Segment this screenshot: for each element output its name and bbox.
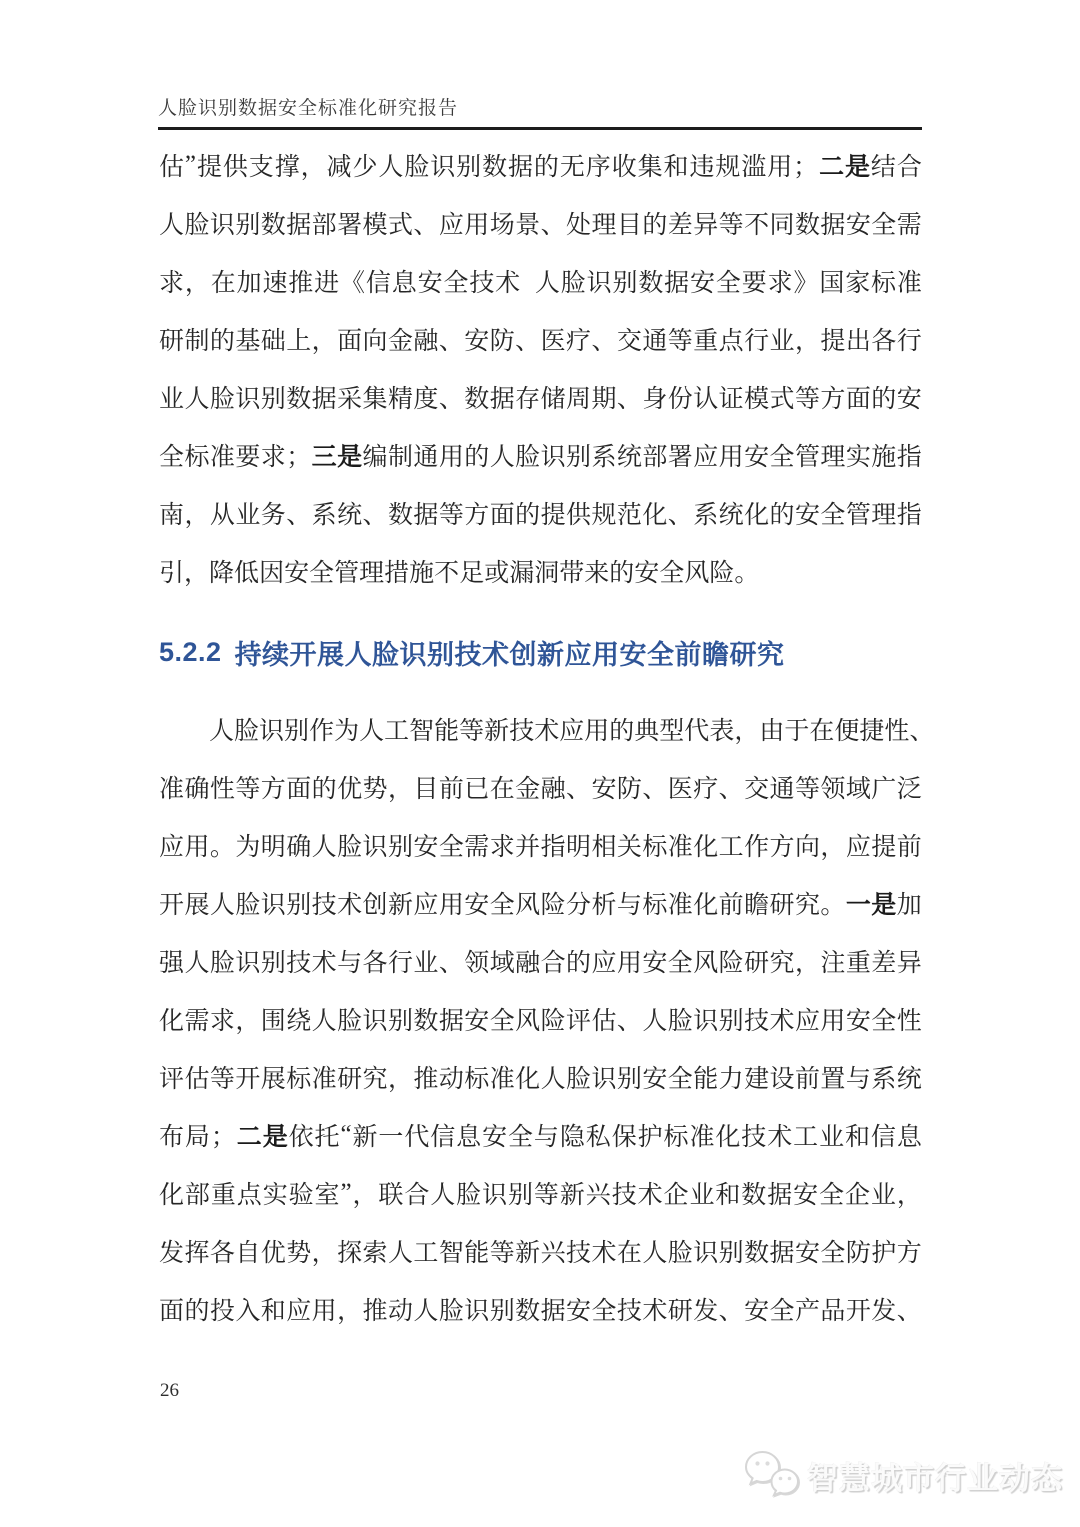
page-number: 26 bbox=[160, 1380, 179, 1402]
watermark: 智慧城市行业动态 bbox=[743, 1450, 1063, 1500]
text-line: 求，在加速推进《信息安全技术人脸识别数据安全要求》国家标准 bbox=[159, 252, 922, 310]
document-page: 人脸识别数据安全标准化研究报告 估”提供支撑，减少人脸识别数据的无序收集和违规滥… bbox=[0, 0, 1080, 1527]
text-line: 人脸识别数据部署模式、应用场景、处理目的差异等不同数据安全需 bbox=[159, 194, 922, 252]
text-line: 研制的基础上，面向金融、安防、医疗、交通等重点行业，提出各行 bbox=[159, 310, 922, 368]
section-title: 持续开展人脸识别技术创新应用安全前瞻研究 bbox=[235, 633, 785, 672]
page-header: 人脸识别数据安全标准化研究报告 bbox=[158, 96, 922, 138]
text-line: 布局；二是依托“新一代信息安全与隐私保护标准化技术工业和信息 bbox=[159, 1106, 922, 1164]
wechat-icon bbox=[743, 1450, 801, 1500]
text-line: 引，降低因安全管理措施不足或漏洞带来的安全风险。 bbox=[159, 542, 922, 600]
text-line: 人脸识别作为人工智能等新技术应用的典型代表，由于在便捷性、 bbox=[159, 700, 922, 758]
text-line: 化部重点实验室”，联合人脸识别等新兴技术企业和数据安全企业， bbox=[159, 1164, 922, 1222]
section-number: 5.2.2 bbox=[159, 637, 222, 668]
text-line: 面的投入和应用，推动人脸识别数据安全技术研发、安全产品开发、 bbox=[159, 1280, 922, 1338]
text-line: 估”提供支撑，减少人脸识别数据的无序收集和违规滥用；二是结合 bbox=[159, 136, 922, 194]
text-line: 发挥各自优势，探索人工智能等新兴技术在人脸识别数据安全防护方 bbox=[159, 1222, 922, 1280]
text-line: 强人脸识别技术与各行业、领域融合的应用安全风险研究，注重差异 bbox=[159, 932, 922, 990]
text-line: 全标准要求；三是编制通用的人脸识别系统部署应用安全管理实施指 bbox=[159, 426, 922, 484]
watermark-label: 智慧城市行业动态 bbox=[807, 1453, 1063, 1498]
paragraph-1: 估”提供支撑，减少人脸识别数据的无序收集和违规滥用；二是结合人脸识别数据部署模式… bbox=[159, 136, 922, 600]
header-rule bbox=[158, 127, 922, 130]
text-line: 应用。为明确人脸识别安全需求并指明相关标准化工作方向，应提前 bbox=[159, 816, 922, 874]
running-head-title: 人脸识别数据安全标准化研究报告 bbox=[158, 96, 922, 122]
text-line: 南，从业务、系统、数据等方面的提供规范化、系统化的安全管理指 bbox=[159, 484, 922, 542]
paragraph-2: 人脸识别作为人工智能等新技术应用的典型代表，由于在便捷性、准确性等方面的优势，目… bbox=[159, 700, 922, 1338]
text-line: 评估等开展标准研究，推动标准化人脸识别安全能力建设前置与系统 bbox=[159, 1048, 922, 1106]
text-line: 业人脸识别数据采集精度、数据存储周期、身份认证模式等方面的安 bbox=[159, 368, 922, 426]
text-line: 准确性等方面的优势，目前已在金融、安防、医疗、交通等领域广泛 bbox=[159, 758, 922, 816]
section-heading-5-2-2: 5.2.2 持续开展人脸识别技术创新应用安全前瞻研究 bbox=[159, 623, 922, 681]
text-line: 开展人脸识别技术创新应用安全风险分析与标准化前瞻研究。一是加 bbox=[159, 874, 922, 932]
text-line: 化需求，围绕人脸识别数据安全风险评估、人脸识别技术应用安全性 bbox=[159, 990, 922, 1048]
